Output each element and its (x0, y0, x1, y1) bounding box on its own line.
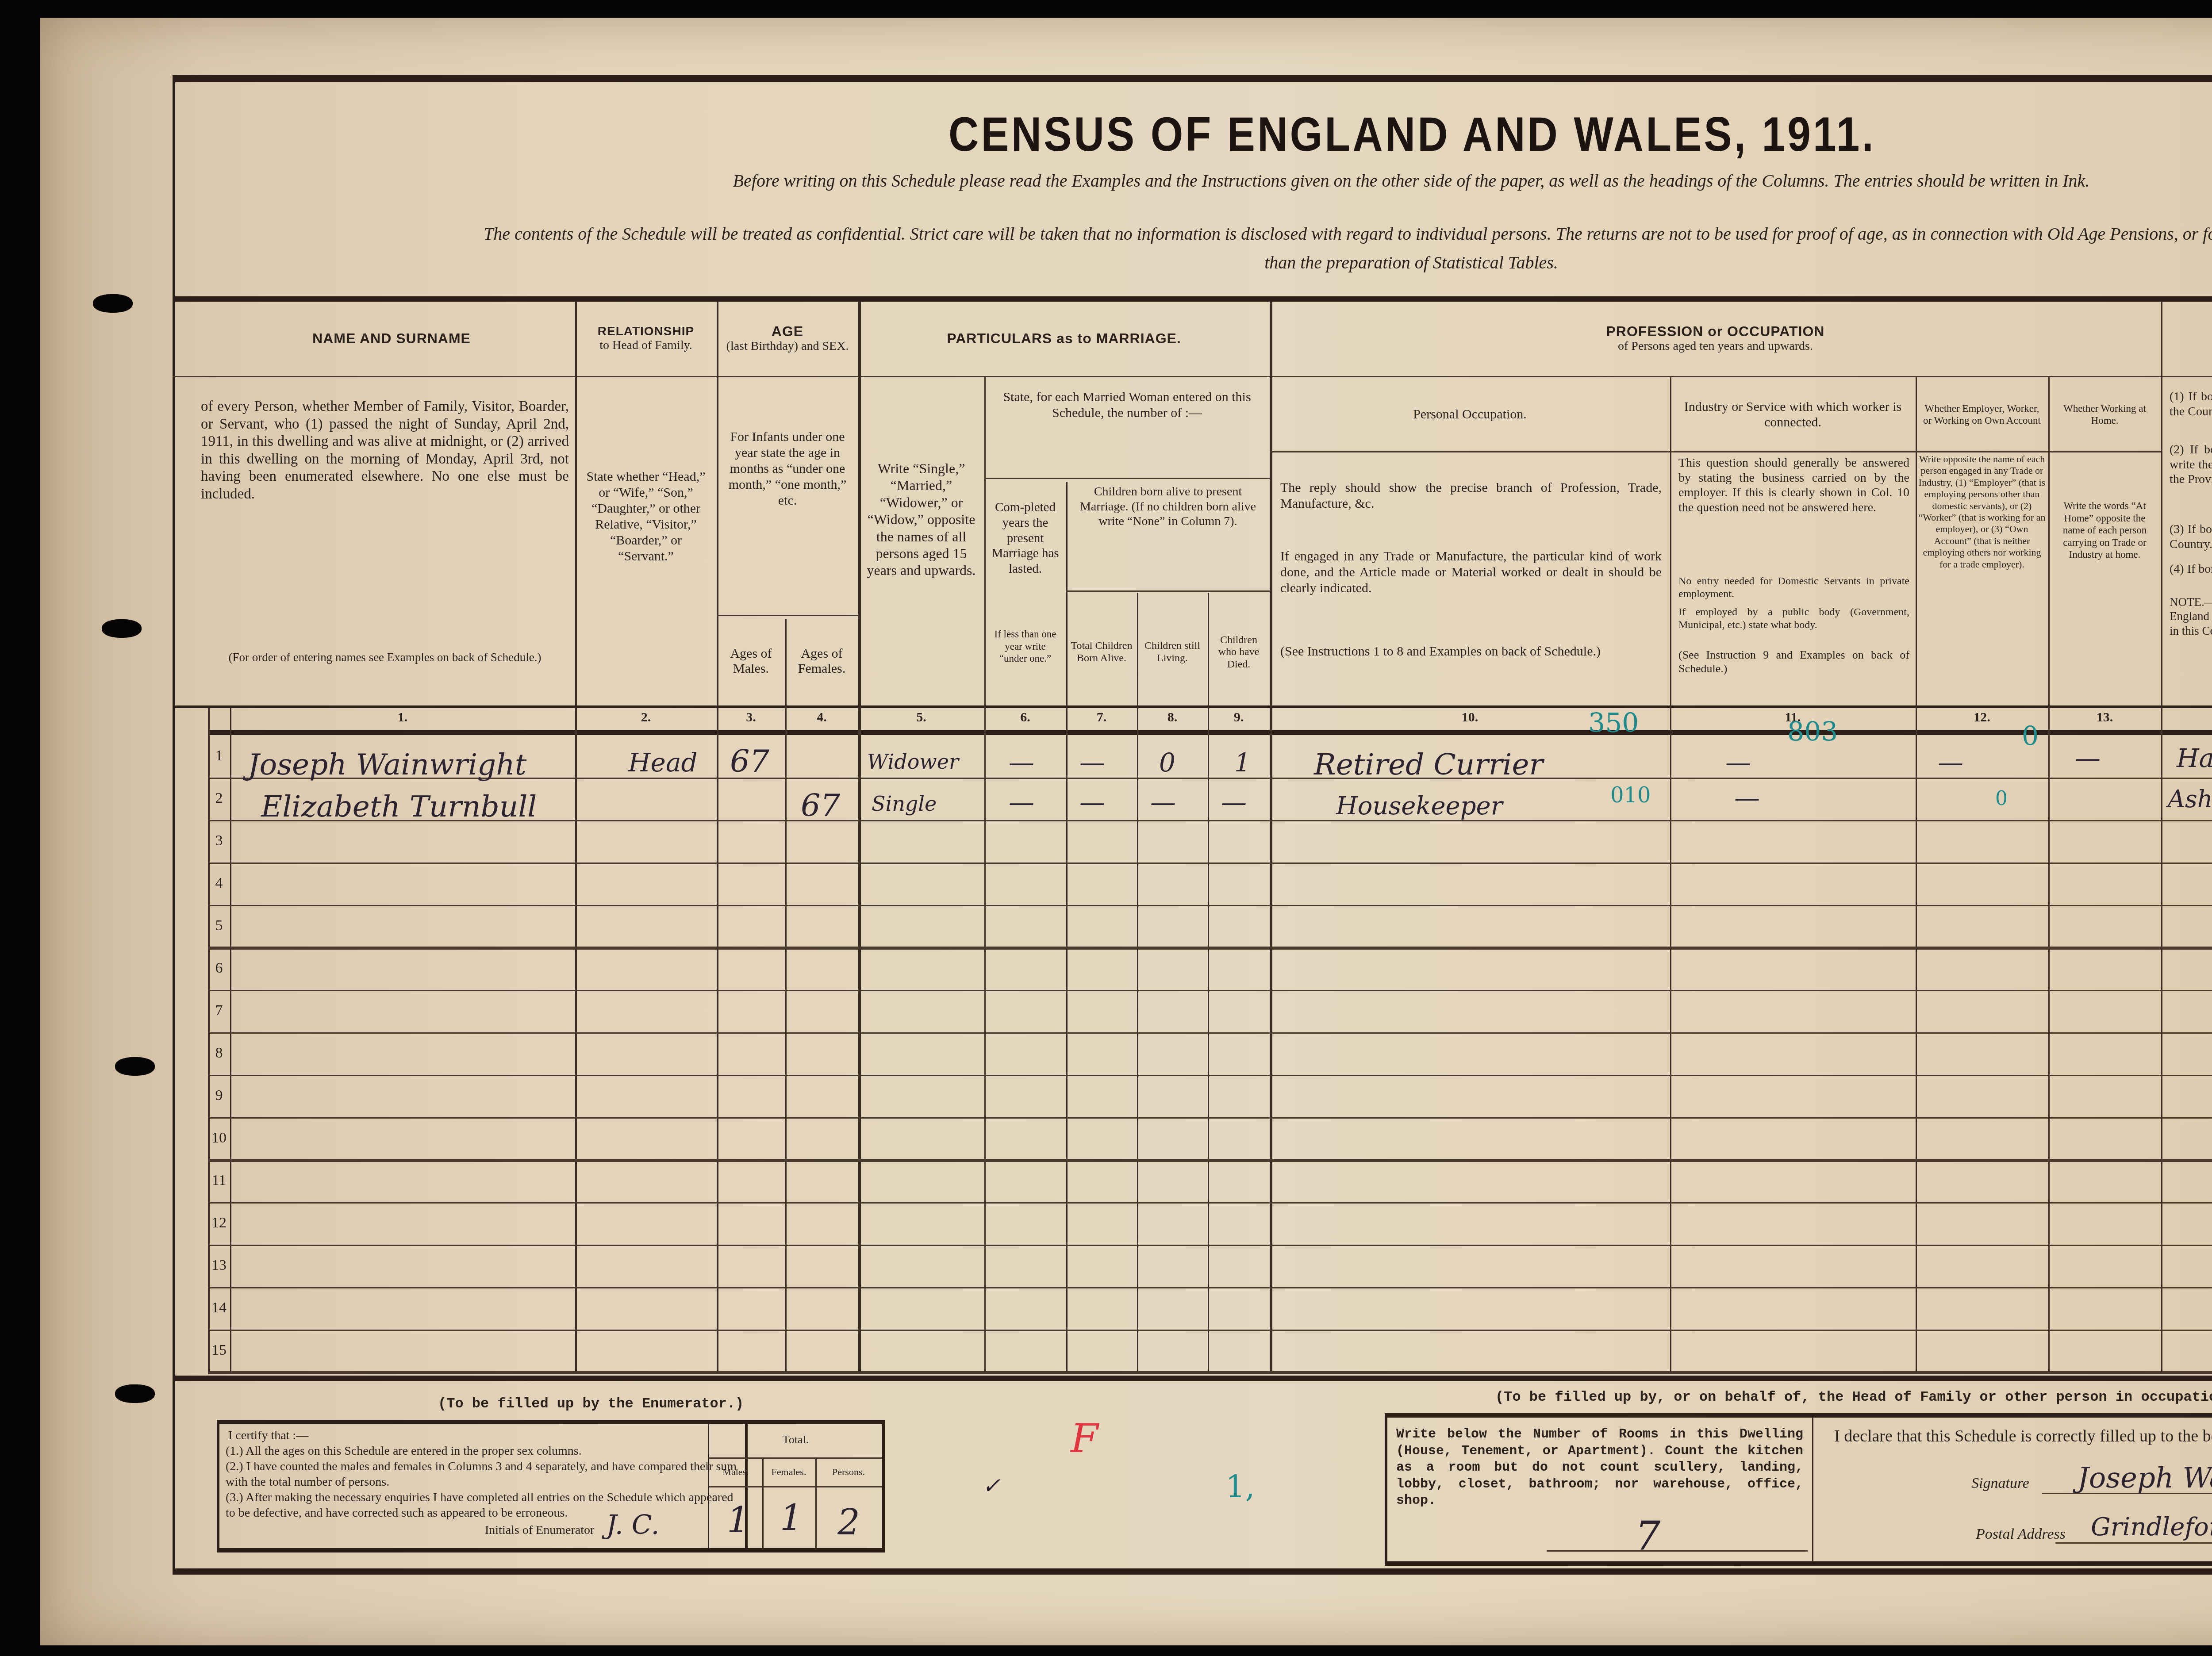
married-woman-description: State, for each Married Woman entered on… (984, 389, 1270, 421)
row-number: 14 (208, 1299, 230, 1316)
row-divider (208, 1202, 2212, 1204)
col-number: 8. (1137, 710, 1208, 725)
declaration: I declare that this Schedule is correctl… (1834, 1426, 2212, 1446)
row-1-industry[interactable]: — (1725, 747, 1751, 778)
row-1-died[interactable]: 1 (1234, 747, 1251, 778)
row-1-total-born[interactable]: — (1079, 747, 1105, 778)
birthplace-desc-1: (1) If born in the United Kingdom, write… (2163, 389, 2212, 419)
header-birthplace: BIRTHPLACE of every person. (2161, 305, 2212, 372)
row-1-years-married[interactable]: — (1009, 747, 1034, 778)
punch-hole (102, 619, 142, 638)
col-divider (1270, 301, 1272, 1371)
row-divider (208, 1371, 2212, 1374)
subheader-rule (1066, 590, 1270, 592)
header-ages-males: Ages of Males. (717, 619, 785, 703)
marriage-condition-description: Write “Single,” “Married,” “Widower,” or… (858, 460, 984, 579)
row-1-name[interactable]: Joseph Wainwright (248, 747, 526, 782)
punch-hole (115, 1384, 155, 1403)
col-divider (2161, 301, 2162, 1371)
header-age: AGE (last Birthday) and SEX. (717, 305, 858, 372)
row-divider (208, 862, 2212, 864)
row-1-relationship[interactable]: Head (628, 747, 698, 778)
children-header: Children born alive to present Marriage.… (1066, 484, 1270, 529)
col-divider (1208, 593, 1209, 1371)
row-2-died[interactable]: — (1221, 787, 1247, 817)
row-2-age-female[interactable]: 67 (801, 787, 840, 824)
col-number: 7. (1066, 710, 1137, 725)
row-2-industry[interactable]: — (1734, 783, 1760, 813)
row-divider (208, 947, 2212, 950)
postal-address-line-1[interactable]: Grindleford. Derbyshire (2091, 1513, 2212, 1541)
row-number: 7 (208, 1002, 230, 1019)
column-number-rule (208, 730, 2212, 735)
col-number: 6. (984, 710, 1066, 725)
col-number: 1. (230, 710, 575, 725)
row-2-employer-code: 0 (1995, 787, 2008, 810)
subheader-rule (984, 478, 1270, 479)
header-ages-females: Ages of Females. (785, 619, 858, 703)
punch-hole (115, 1057, 155, 1076)
industry-desc-2: No entry needed for Domestic Servants in… (1672, 575, 1916, 601)
at-home-desc: Write the words “At Home” opposite the n… (2048, 500, 2161, 561)
row-1-occupation[interactable]: Retired Currier (1314, 747, 1543, 782)
row-1-industry-code: 803 (1787, 717, 1838, 747)
head-of-family-box: Write below the Number of Rooms in this … (1385, 1413, 2212, 1566)
initials-value[interactable]: J. C. (606, 1510, 659, 1541)
red-annotation: F (1071, 1415, 1098, 1462)
col-divider (1137, 593, 1138, 1371)
col-divider (785, 619, 787, 1371)
row-number: 15 (208, 1342, 230, 1359)
header-relationship-label: RELATIONSHIP (598, 324, 694, 338)
males-total[interactable]: 1 (727, 1499, 749, 1541)
total-label: Total. (709, 1433, 882, 1446)
certify-label: I certify that :— (219, 1424, 745, 1443)
enumerator-certify-box: I certify that :— (1.) All the ages on t… (217, 1420, 748, 1552)
row-divider (208, 1075, 2212, 1076)
row-number: 5 (208, 917, 230, 934)
header-top-rule (173, 296, 2212, 302)
certify-item-3: (3.) After making the necessary enquirie… (219, 1490, 745, 1521)
years-married-note: If less than one year write “under one.” (984, 628, 1066, 665)
tick-mark: ✓ (982, 1473, 1001, 1499)
header-name: NAME AND SURNAME (208, 305, 575, 372)
row-2-birthplace[interactable]: Ashover Derbyshire (2168, 785, 2212, 813)
header-age-label: AGE (772, 323, 803, 340)
punch-hole (93, 294, 133, 313)
confidential-notice-2: than the preparation of Statistical Tabl… (173, 252, 2212, 273)
green-annotation: 1, (1225, 1468, 1255, 1505)
totals-rule (709, 1486, 882, 1487)
row-number: 13 (208, 1257, 230, 1274)
row-divider (208, 1330, 2212, 1331)
row-1-employer-code: 0 (2022, 721, 2039, 752)
address-underline (2055, 1542, 2212, 1544)
row-divider (208, 1032, 2212, 1034)
row-1-at-home[interactable]: — (2075, 743, 2101, 773)
subheader-rule (1270, 451, 2161, 452)
enumerator-heading: (To be filled up by the Enumerator.) (438, 1395, 744, 1412)
initials-row: Initials of Enumerator J. C. (485, 1509, 660, 1542)
postal-address-label: Postal Address (1976, 1526, 2066, 1543)
birthplace-note: NOTE.—In the case of persons born elsewh… (2163, 595, 2212, 638)
persons-total[interactable]: 2 (837, 1502, 860, 1543)
females-total[interactable]: 1 (780, 1497, 803, 1538)
col-number: 9. (1208, 710, 1270, 725)
personal-occupation-desc-3: (See Instructions 1 to 8 and Examples on… (1274, 644, 1668, 659)
row-1-birthplace[interactable]: Hassop Derbys (2177, 743, 2212, 773)
birthplace-desc-3: (3) If born in a Foreign Country, write … (2163, 522, 2212, 552)
header-occupation-sub: of Persons aged ten years and upwards. (1618, 339, 1813, 353)
header-relationship-sub: to Head of Family. (599, 338, 692, 353)
row-1-employer[interactable]: — (1938, 747, 1963, 778)
row-2-name[interactable]: Elizabeth Turnbull (261, 790, 537, 824)
row-divider (208, 905, 2212, 906)
row-number: 1 (208, 747, 230, 764)
certify-item-2: (2.) I have counted the males and female… (219, 1459, 745, 1490)
row-2-years-married[interactable]: — (1009, 787, 1034, 817)
personal-occupation-desc-1: The reply should show the precise branch… (1274, 480, 1668, 512)
row-1-condition[interactable]: Widower (867, 750, 959, 774)
col-number: 13. (2048, 710, 2161, 725)
col-divider (575, 301, 577, 1371)
confidential-notice: The contents of the Schedule will be tre… (190, 223, 2212, 244)
row-2-total-born[interactable]: — (1079, 787, 1105, 817)
males-label: Males. (709, 1466, 762, 1478)
head-of-family-heading: (To be filled up by, or on behalf of, th… (1495, 1389, 2212, 1405)
header-bottom-rule (173, 705, 2212, 708)
totals-rule (709, 1457, 882, 1459)
row-divider (208, 1117, 2212, 1119)
row-divider (208, 1159, 2212, 1162)
age-description: For Infants under one year state the age… (717, 429, 858, 509)
header-marriage: PARTICULARS as to MARRIAGE. (858, 305, 1270, 372)
row-number: 6 (208, 960, 230, 977)
header-personal-occupation: Personal Occupation. (1270, 380, 1670, 449)
row-divider (208, 990, 2212, 991)
row-number: 12 (208, 1215, 230, 1231)
name-description: of every Person, whether Member of Famil… (195, 398, 575, 503)
header-employer: Whether Employer, Worker, or Working on … (1916, 380, 2048, 449)
initials-label: Initials of Enumerator (485, 1523, 594, 1537)
signature-label: Signature (1971, 1475, 2029, 1492)
rooms-value[interactable]: 7 (1635, 1513, 1660, 1559)
header-at-home: Whether Working at Home. (2048, 380, 2161, 449)
instruction-line: Before writing on this Schedule please r… (173, 170, 2212, 191)
row-1-living[interactable]: 0 (1159, 747, 1175, 778)
header-relationship: RELATIONSHIP to Head of Family. (575, 305, 717, 372)
birthplace-desc-4: (4) If born at sea, write “At Sea.” (2163, 562, 2212, 577)
row-number: 4 (208, 875, 230, 892)
col-number: 5. (858, 710, 984, 725)
header-occupation: PROFESSION or OCCUPATION of Persons aged… (1270, 305, 2161, 372)
col-divider (1670, 376, 1671, 1371)
col-number: 3. (717, 710, 785, 725)
industry-desc-4: (See Instruction 9 and Examples on back … (1672, 648, 1916, 675)
rownum-divider-inner (230, 708, 231, 1371)
row-number: 9 (208, 1087, 230, 1104)
row-2-occupation-code: 010 (1610, 783, 1651, 808)
row-divider (208, 1287, 2212, 1288)
industry-desc-3: If employed by a public body (Government… (1672, 606, 1916, 632)
name-note: (For order of entering names see Example… (195, 650, 575, 664)
row-2-condition[interactable]: Single (872, 792, 937, 816)
row-number: 10 (208, 1130, 230, 1146)
col-number: 4. (785, 710, 858, 725)
header-divider (173, 376, 2212, 377)
col-number: 2. (575, 710, 717, 725)
industry-desc-1: This question should generally be answer… (1672, 456, 1916, 515)
row-2-living[interactable]: — (1150, 787, 1176, 817)
employer-desc: Write opposite the name of each person e… (1916, 453, 2048, 570)
signature-value[interactable]: Joseph Wainwright (2078, 1462, 2212, 1495)
row-1-occupation-code: 350 (1588, 708, 1639, 739)
col-number: 14. (2161, 710, 2212, 725)
row-number: 2 (208, 790, 230, 807)
rooms-divider (1812, 1418, 1813, 1564)
rooms-underline (1547, 1550, 1808, 1552)
header-still-living: Children still Living. (1137, 602, 1208, 703)
header-name-label: NAME AND SURNAME (312, 330, 471, 347)
persons-label: Persons. (815, 1466, 882, 1478)
row-2-occupation[interactable]: Housekeeper (1336, 792, 1502, 820)
row-number: 8 (208, 1045, 230, 1062)
years-married-header: Com-pleted years the present Marriage ha… (984, 500, 1066, 577)
header-died: Children who have Died. (1208, 602, 1270, 703)
header-total-born: Total Children Born Alive. (1066, 602, 1137, 703)
header-age-sub: (last Birthday) and SEX. (726, 339, 849, 353)
page-title: CENSUS OF ENGLAND AND WALES, 1911. (198, 106, 2212, 162)
row-1-age-male[interactable]: 67 (730, 743, 769, 779)
bottom-section-rule (173, 1376, 2212, 1381)
females-label: Females. (762, 1466, 815, 1478)
certify-item-1: (1.) All the ages on this Schedule are e… (219, 1443, 745, 1459)
personal-occupation-desc-2: If engaged in any Trade or Manufacture, … (1274, 548, 1668, 596)
header-industry: Industry or Service with which worker is… (1670, 380, 1916, 449)
row-number: 11 (208, 1172, 230, 1189)
totals-box: Total. Males. Females. Persons. 1 1 2 (708, 1420, 885, 1552)
subheader-rule (717, 615, 858, 616)
rooms-instruction: Write below the Number of Rooms in this … (1396, 1426, 1803, 1510)
row-number: 3 (208, 832, 230, 849)
relationship-description: State whether “Head,” or “Wife,” “Son,” … (575, 469, 717, 564)
birthplace-desc-2: (2) If born in any other part of the Bri… (2163, 442, 2212, 487)
header-occupation-label: PROFESSION or OCCUPATION (1606, 323, 1825, 340)
row-divider (208, 1245, 2212, 1246)
